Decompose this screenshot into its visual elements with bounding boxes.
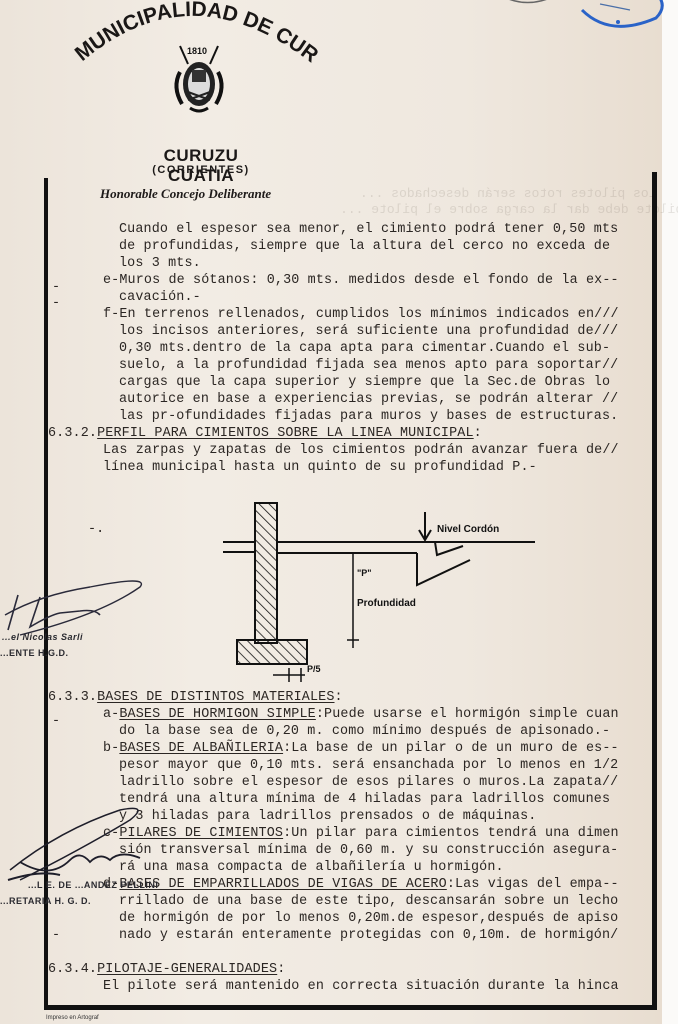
signatory-role: ...RETARIA H. G. D. bbox=[0, 896, 91, 906]
item-prefix: a- bbox=[103, 707, 119, 722]
province-name: (CORRIENTES) bbox=[136, 164, 266, 176]
margin-dash: - bbox=[52, 928, 60, 944]
section-title: PILOTAJE-GENERALIDADES bbox=[97, 962, 277, 977]
signatory-name: ...L E. DE ...ANDEZ PELLINI bbox=[28, 880, 158, 890]
item-line: do la base sea de 0,20 m. como mínimo de… bbox=[119, 724, 610, 740]
section-number: 6.3.2. bbox=[48, 426, 97, 441]
page-edge bbox=[662, 0, 678, 1024]
svg-text:Profundidad: Profundidad bbox=[357, 598, 416, 609]
item-text: :Puede usarse el hormigón simple cuan bbox=[316, 707, 619, 722]
body-line: línea municipal hasta un quinto de su pr… bbox=[103, 460, 537, 476]
section-number: 6.3.4. bbox=[48, 962, 97, 977]
item-line: d-BASES DE EMPARRILLADOS DE VIGAS DE ACE… bbox=[103, 877, 619, 893]
item-line: b-BASES DE ALBAÑILERIA:La base de un pil… bbox=[103, 741, 619, 757]
bleed-through-text: bajo de todo pilote debe dar la carga so… bbox=[340, 202, 678, 217]
body-line: los 3 mts. bbox=[119, 256, 201, 272]
item-line: tendrá una altura mínima de 4 hiladas pa… bbox=[119, 792, 610, 808]
council-name: Honorable Concejo Deliberante bbox=[100, 186, 271, 202]
body-line: Cuando el espesor sea menor, el cimiento… bbox=[119, 222, 618, 238]
svg-text:1810: 1810 bbox=[187, 46, 207, 56]
svg-text:P/5: P/5 bbox=[307, 664, 321, 674]
body-line: f-En terrenos rellenados, cumplidos los … bbox=[103, 307, 619, 323]
section-heading-632: 6.3.2.PERFIL PARA CIMIENTOS SOBRE LA LIN… bbox=[48, 426, 482, 442]
body-line: cavación.- bbox=[119, 290, 201, 306]
item-text: :Las vigas del empa-- bbox=[447, 877, 619, 892]
item-line: de hormigón de por lo menos 0,20m.de esp… bbox=[119, 911, 618, 927]
stamp-fragment bbox=[500, 0, 560, 8]
foundation-profile-diagram: Nivel Cordón "P" Profundidad P/5 bbox=[215, 500, 535, 685]
item-title: BASES DE ALBAÑILERIA bbox=[119, 741, 283, 756]
svg-text:Nivel Cordón: Nivel Cordón bbox=[437, 524, 499, 535]
dash-mark: -. bbox=[88, 522, 104, 538]
frame-bottom-border bbox=[44, 1005, 657, 1010]
signatory-name: ...el Nicolas Sarli bbox=[2, 632, 83, 642]
body-line: El pilote será mantenido en correcta sit… bbox=[103, 979, 619, 995]
item-line: sión transversal mínima de 0,60 m. y su … bbox=[119, 843, 618, 859]
item-line: nado y estarán enteramente protegidas co… bbox=[119, 928, 618, 944]
body-line: autorice en base a experiencias previas,… bbox=[119, 392, 618, 408]
item-line: c-PILARES DE CIMIENTOS:Un pilar para cim… bbox=[103, 826, 619, 842]
item-title: BASES DE HORMIGON SIMPLE bbox=[119, 707, 315, 722]
item-text: :La base de un pilar o de un muro de es-… bbox=[283, 741, 619, 756]
item-prefix: b- bbox=[103, 741, 119, 756]
item-line: a-BASES DE HORMIGON SIMPLE:Puede usarse … bbox=[103, 707, 619, 723]
body-line: Las zarpas y zapatas de los cimientos po… bbox=[103, 443, 619, 459]
blue-stamp bbox=[570, 0, 670, 40]
section-colon: : bbox=[277, 962, 285, 977]
body-line: las pr-ofundidades fijadas para muros y … bbox=[119, 409, 618, 425]
body-line: los incisos anteriores, será suficiente … bbox=[119, 324, 618, 340]
section-heading-634: 6.3.4.PILOTAJE-GENERALIDADES: bbox=[48, 962, 285, 978]
item-line: pesor mayor que 0,10 mts. será ensanchad… bbox=[119, 758, 618, 774]
body-line: de profundidas, siempre que la altura de… bbox=[119, 239, 610, 255]
item-title: BASES DE EMPARRILLADOS DE VIGAS DE ACERO bbox=[119, 877, 446, 892]
margin-dash: - bbox=[52, 296, 60, 312]
item-line: y 3 hiladas para ladrillos prensados o d… bbox=[119, 809, 536, 825]
margin-dash: - bbox=[52, 280, 60, 296]
section-colon: : bbox=[474, 426, 482, 441]
item-line: ladrillo sobre el espesor de esos pilare… bbox=[119, 775, 618, 791]
item-line: rá una masa compacta de albañilería u ho… bbox=[119, 860, 504, 876]
item-text: :Un pilar para cimientos tendrá una dime… bbox=[283, 826, 619, 841]
municipal-crest-icon: 1810 bbox=[168, 42, 230, 118]
bleed-through-text: Los pilotes rotos serán desechados ... bbox=[360, 186, 656, 201]
svg-text:"P": "P" bbox=[357, 568, 372, 578]
section-title: PERFIL PARA CIMIENTOS SOBRE LA LINEA MUN… bbox=[97, 426, 474, 441]
body-line: e-Muros de sótanos: 0,30 mts. medidos de… bbox=[103, 273, 619, 289]
section-heading-633: 6.3.3.BASES DE DISTINTOS MATERIALES: bbox=[48, 690, 343, 706]
section-title: BASES DE DISTINTOS MATERIALES bbox=[97, 690, 334, 705]
item-line: rrillado de una base de este tipo, desca… bbox=[119, 894, 618, 910]
signatory-role: ...ENTE H.G.D. bbox=[0, 648, 69, 658]
body-line: cargas que la capa superior y siempre qu… bbox=[119, 375, 610, 391]
signature-scribble bbox=[0, 800, 160, 890]
margin-dash: - bbox=[52, 714, 60, 730]
section-colon: : bbox=[335, 690, 343, 705]
body-line: suelo, a la profundidad fijada sea menos… bbox=[119, 358, 618, 374]
body-line: 0,30 mts.dentro de la capa apta para cim… bbox=[119, 341, 610, 357]
printer-note: Impreso en Artograf bbox=[46, 1015, 99, 1021]
section-number: 6.3.3. bbox=[48, 690, 97, 705]
frame-right-border bbox=[652, 172, 657, 1010]
